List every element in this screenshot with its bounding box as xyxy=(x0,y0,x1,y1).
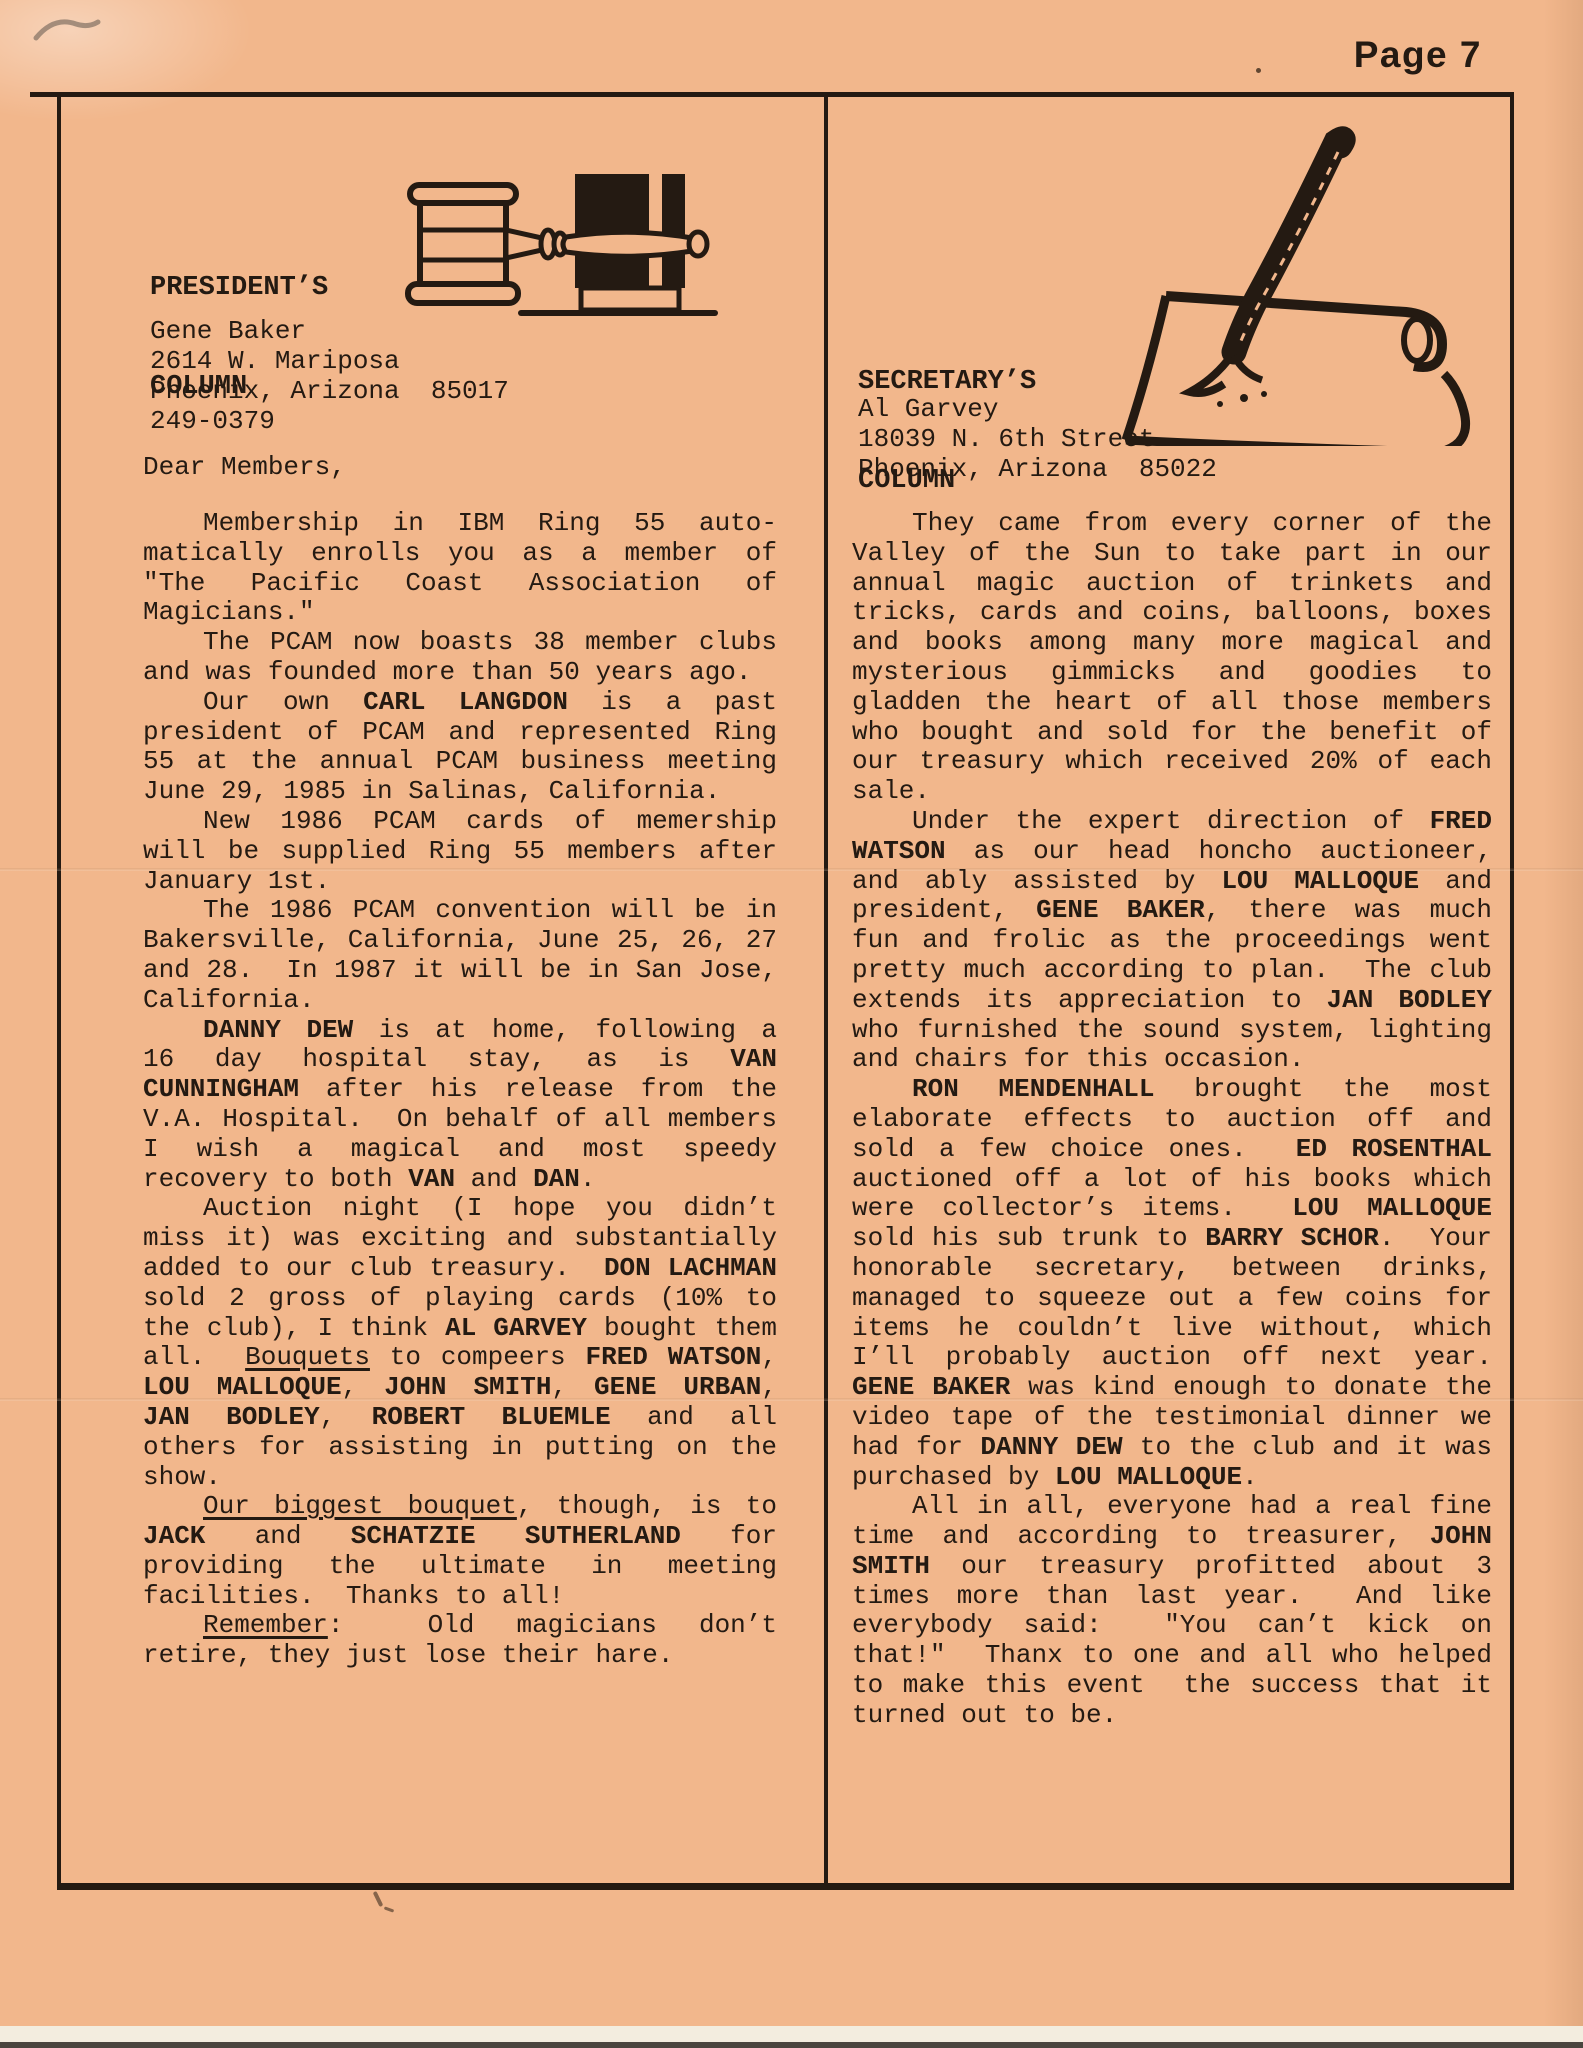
address-line: Phoenix, Arizona 85017 xyxy=(150,376,509,406)
text-line: elaborate effects to auction off and xyxy=(852,1105,1492,1135)
text-line: who furnished the sound system, lighting xyxy=(852,1016,1492,1046)
text-line: fun and frolic as the proceedings went xyxy=(852,926,1492,956)
text-line: the club), I think AL GARVEY bought them xyxy=(143,1314,777,1344)
paragraph: Auction night (I hope you didn’tmiss it)… xyxy=(143,1194,777,1492)
address-line: Al Garvey xyxy=(858,394,1217,424)
text-line: turned out to be. xyxy=(852,1701,1492,1731)
text-line: president of PCAM and represented Ring xyxy=(143,718,777,748)
text-line: JACK and SCHATZIE SUTHERLAND for xyxy=(143,1522,777,1552)
paragraph: Our own CARL LANGDON is a pastpresident … xyxy=(143,688,777,807)
title-line: PRESIDENT’S xyxy=(150,272,328,305)
text-line: miss it) was exciting and substantially xyxy=(143,1224,777,1254)
text-line: president, GENE BAKER, there was much xyxy=(852,896,1492,926)
text-line: All in all, everyone had a real fine xyxy=(852,1492,1492,1522)
text-line: V.A. Hospital. On behalf of all members xyxy=(143,1105,777,1135)
text-line: video tape of the testimonial dinner we xyxy=(852,1403,1492,1433)
text-line: will be supplied Ring 55 members after xyxy=(143,837,777,867)
text-line: JAN BODLEY, ROBERT BLUEMLE and all xyxy=(143,1403,777,1433)
ink-smudge xyxy=(373,1891,384,1907)
text-line: DANNY DEW is at home, following a xyxy=(143,1016,777,1046)
text-line: and chairs for this occasion. xyxy=(852,1045,1492,1075)
text-line: that!" Thanx to one and all who helped xyxy=(852,1641,1492,1671)
text-line: LOU MALLOQUE, JOHN SMITH, GENE URBAN, xyxy=(143,1373,777,1403)
text-line: Our own CARL LANGDON is a past xyxy=(143,688,777,718)
scan-edge-bar xyxy=(0,2042,1583,2048)
page-number-label: Page 7 xyxy=(1340,34,1482,76)
paragraph: Under the expert direction of FREDWATSON… xyxy=(852,807,1492,1075)
text-line: and ably assisted by LOU MALLOQUE and xyxy=(852,867,1492,897)
text-line: Bakersville, California, June 25, 26, 27 xyxy=(143,926,777,956)
text-line: time and according to treasurer, JOHN xyxy=(852,1522,1492,1552)
text-line: items he couldn’t live without, which xyxy=(852,1314,1492,1344)
text-line: Valley of the Sun to take part in our xyxy=(852,539,1492,569)
paragraph: They came from every corner of theValley… xyxy=(852,509,1492,807)
text-line: and 28. In 1987 it will be in San Jose, xyxy=(143,956,777,986)
text-line: everybody said: "You can’t kick on xyxy=(852,1611,1492,1641)
address-line: 2614 W. Mariposa xyxy=(150,346,509,376)
text-line: times more than last year. And like xyxy=(852,1582,1492,1612)
text-line: Auction night (I hope you didn’t xyxy=(143,1194,777,1224)
text-line: show. xyxy=(143,1463,777,1493)
text-line: They came from every corner of the xyxy=(852,509,1492,539)
text-line: Under the expert direction of FRED xyxy=(852,807,1492,837)
column-divider-rule xyxy=(824,92,828,1883)
secretarys-column-body: They came from every corner of theValley… xyxy=(852,509,1492,1731)
text-line: The PCAM now boasts 38 member clubs xyxy=(143,628,777,658)
text-line: The 1986 PCAM convention will be in xyxy=(143,896,777,926)
text-line: auctioned off a lot of his books which xyxy=(852,1165,1492,1195)
text-line: Remember: Old magicians don’t xyxy=(143,1611,777,1641)
text-line: January 1st. xyxy=(143,867,777,897)
ink-smudge xyxy=(384,1906,394,1912)
text-line: gladden the heart of all those members xyxy=(852,688,1492,718)
text-line: extends its appreciation to JAN BODLEY xyxy=(852,986,1492,1016)
text-line: retire, they just lose their hare. xyxy=(143,1641,777,1671)
text-line: CUNNINGHAM after his release from the xyxy=(143,1075,777,1105)
text-line: recovery to both VAN and DAN. xyxy=(143,1165,777,1195)
text-line: others for assisting in putting on the xyxy=(143,1433,777,1463)
text-line: managed to squeeze out a few coins for xyxy=(852,1284,1492,1314)
paragraph: The PCAM now boasts 38 member clubsand w… xyxy=(143,628,777,688)
text-line: Our biggest bouquet, though, is to xyxy=(143,1492,777,1522)
frame-border-bottom xyxy=(57,1883,1514,1890)
text-line: 16 day hospital stay, as is VAN xyxy=(143,1045,777,1075)
text-line: our treasury which received 20% of each xyxy=(852,747,1492,777)
text-line: all. Bouquets to compeers FRED WATSON, xyxy=(143,1343,777,1373)
text-line: 55 at the annual PCAM business meeting xyxy=(143,747,777,777)
text-line: to make this event the success that it xyxy=(852,1671,1492,1701)
paragraph: Our biggest bouquet, though, is toJACK a… xyxy=(143,1492,777,1611)
paragraph: DANNY DEW is at home, following a16 day … xyxy=(143,1016,777,1195)
text-line: had for DANNY DEW to the club and it was xyxy=(852,1433,1492,1463)
text-line: Magicians." xyxy=(143,598,777,628)
text-line: WATSON as our head honcho auctioneer, xyxy=(852,837,1492,867)
pencil-squiggle-mark xyxy=(28,8,118,56)
text-line: sold a few choice ones. ED ROSENTHAL xyxy=(852,1135,1492,1165)
paragraph: Membership in IBM Ring 55 auto-matically… xyxy=(143,509,777,628)
text-line: sold his sub trunk to BARRY SCHOR. Your xyxy=(852,1224,1492,1254)
text-line: honorable secretary, between drinks, xyxy=(852,1254,1492,1284)
text-line: were collector’s items. LOU MALLOQUE xyxy=(852,1194,1492,1224)
paragraph: Remember: Old magicians don’tretire, the… xyxy=(143,1611,777,1671)
text-line: and was founded more than 50 years ago. xyxy=(143,658,777,688)
salutation: Dear Members, xyxy=(143,452,346,482)
ink-speck xyxy=(1256,68,1261,73)
text-line: "The Pacific Coast Association of xyxy=(143,569,777,599)
text-line: added to our club treasury. DON LACHMAN xyxy=(143,1254,777,1284)
text-line: sale. xyxy=(852,777,1492,807)
address-line: Phoenix, Arizona 85022 xyxy=(858,454,1217,484)
president-address-block: Gene Baker2614 W. MariposaPhoenix, Arizo… xyxy=(150,316,509,436)
paragraph: RON MENDENHALL brought the mostelaborate… xyxy=(852,1075,1492,1492)
top-rule xyxy=(30,92,1512,97)
secretary-address-block: Al Garvey18039 N. 6th StreetPhoenix, Ari… xyxy=(858,394,1217,484)
text-line: pretty much according to plan. The club xyxy=(852,956,1492,986)
text-line: tricks, cards and coins, balloons, boxes xyxy=(852,598,1492,628)
text-line: providing the ultimate in meeting xyxy=(143,1552,777,1582)
text-line: facilities. Thanks to all! xyxy=(143,1582,777,1612)
text-line: mysterious gimmicks and goodies to xyxy=(852,658,1492,688)
frame-border-left xyxy=(57,92,61,1888)
text-line: Membership in IBM Ring 55 auto- xyxy=(143,509,777,539)
text-line: I’ll probably auction off next year. xyxy=(852,1343,1492,1373)
paragraph: The 1986 PCAM convention will be inBaker… xyxy=(143,896,777,1015)
newsletter-page: Page 7 PRESIDENT’S COLUMN Gene Baker2614… xyxy=(0,0,1583,2048)
text-line: and books among many more magical and xyxy=(852,628,1492,658)
text-line: New 1986 PCAM cards of memership xyxy=(143,807,777,837)
address-line: Gene Baker xyxy=(150,316,509,346)
paragraph: New 1986 PCAM cards of memershipwill be … xyxy=(143,807,777,896)
text-line: California. xyxy=(143,986,777,1016)
frame-border-right xyxy=(1510,92,1514,1888)
gavel-icon xyxy=(398,172,720,324)
text-line: annual magic auction of trinkets and xyxy=(852,569,1492,599)
text-line: June 29, 1985 in Salinas, California. xyxy=(143,777,777,807)
address-line: 249-0379 xyxy=(150,406,509,436)
text-line: RON MENDENHALL brought the most xyxy=(852,1075,1492,1105)
paragraph: All in all, everyone had a real finetime… xyxy=(852,1492,1492,1730)
text-line: SMITH our treasury profitted about 3 xyxy=(852,1552,1492,1582)
text-line: GENE BAKER was kind enough to donate the xyxy=(852,1373,1492,1403)
presidents-column-body: Membership in IBM Ring 55 auto-matically… xyxy=(143,509,777,1671)
text-line: who bought and sold for the benefit of xyxy=(852,718,1492,748)
text-line: sold 2 gross of playing cards (10% to xyxy=(143,1284,777,1314)
text-line: purchased by LOU MALLOQUE. xyxy=(852,1463,1492,1493)
text-line: matically enrolls you as a member of xyxy=(143,539,777,569)
text-line: I wish a magical and most speedy xyxy=(143,1135,777,1165)
address-line: 18039 N. 6th Street xyxy=(858,424,1217,454)
